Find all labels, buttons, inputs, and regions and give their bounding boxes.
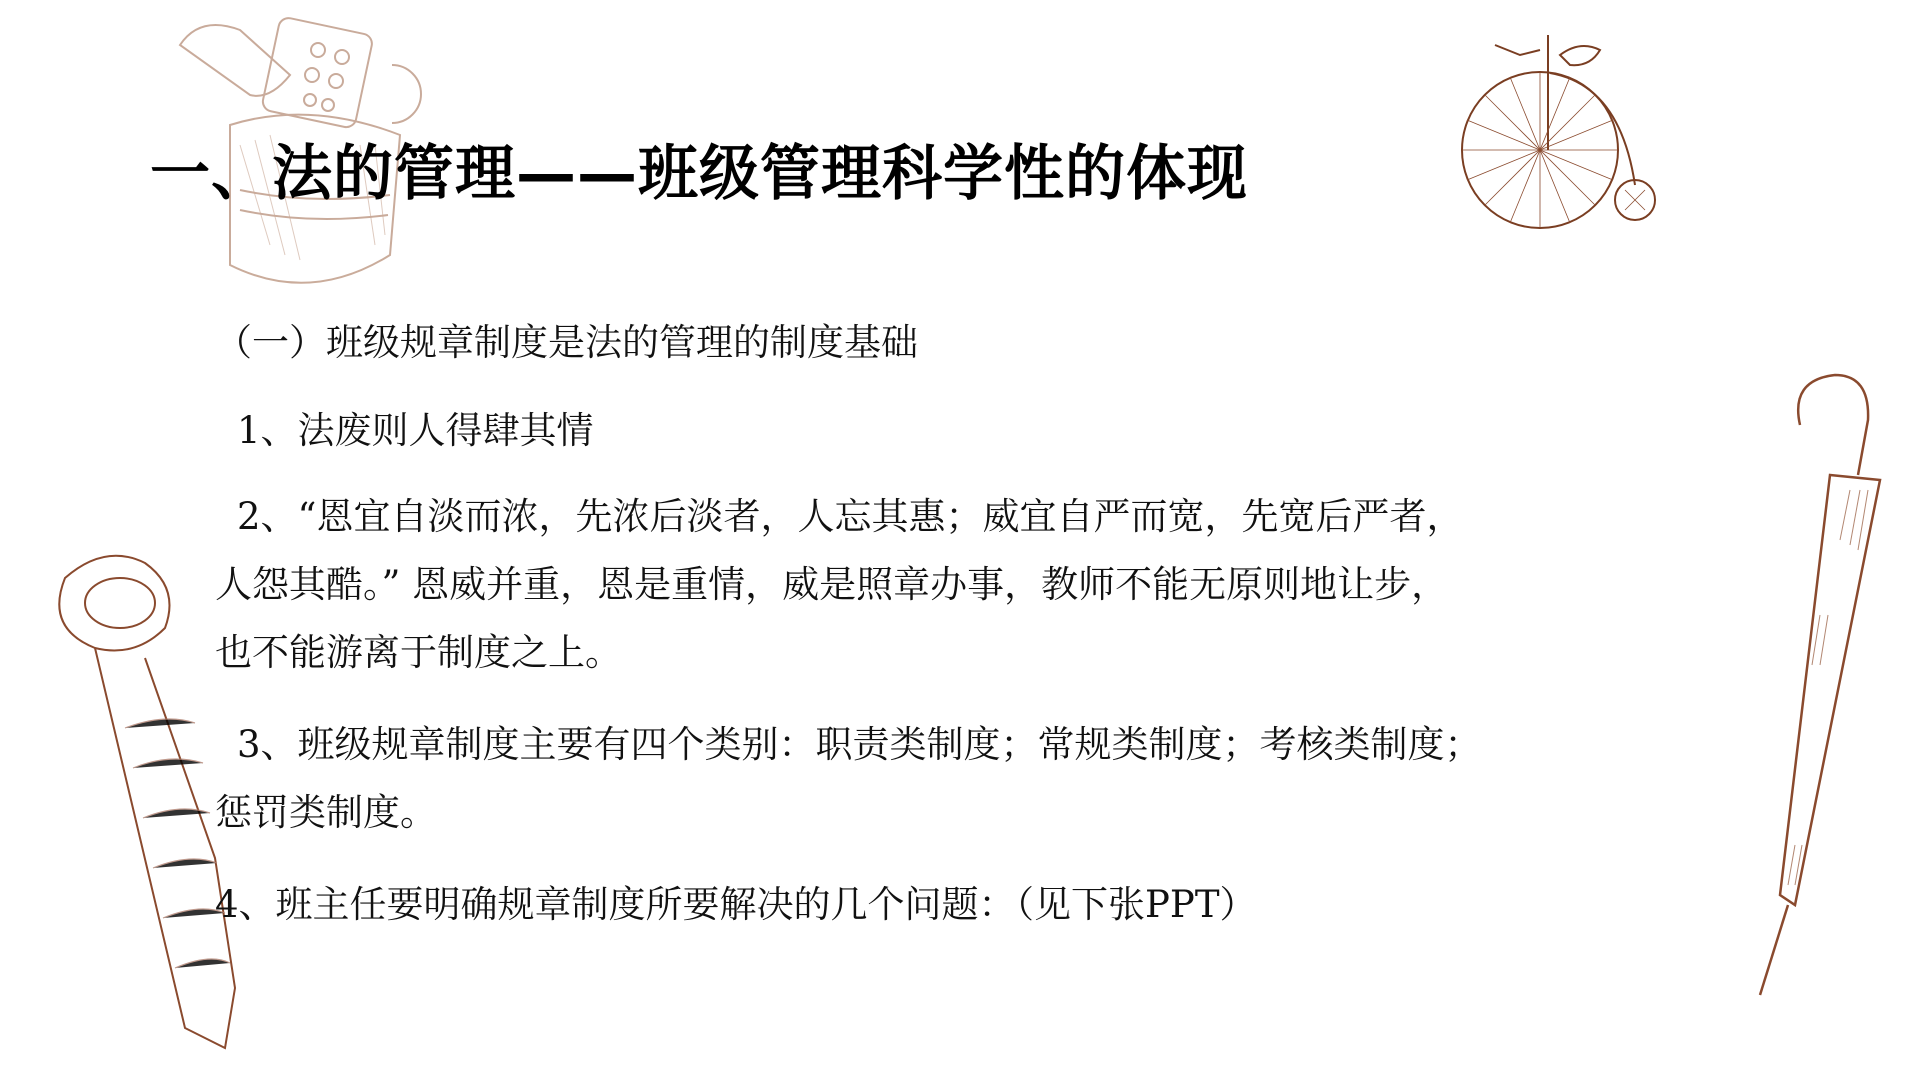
list-item-2-line-1: 2、“恩宜自淡而浓，先浓后淡者，人忘其惠；威宜自严而宽，先宽后严者， (237, 484, 1463, 550)
list-item-3-line-1: 3、班级规章制度主要有四个类别：职责类制度；常规类制度；考核类制度； (237, 712, 1482, 778)
list-item-4: 4、班主任要明确规章制度所要解决的几个问题：（见下张PPT） (215, 872, 1257, 938)
list-item-1: 1、法废则人得肆其情 (237, 398, 594, 464)
penny-farthing-bicycle-icon (1440, 25, 1670, 235)
list-item-2-line-3: 也不能游离于制度之上。 (215, 620, 622, 686)
list-item-3-line-2: 惩罚类制度。 (215, 780, 437, 846)
umbrella-illustration-icon (1740, 365, 1920, 1005)
list-item-2-line-2: 人怨其酷。” 恩威并重，恩是重情，威是照章办事，教师不能无原则地让步， (215, 552, 1448, 618)
slide-title: 一、法的管理——班级管理科学性的体现 (150, 126, 1248, 212)
subheading: （一）班级规章制度是法的管理的制度基础 (215, 310, 918, 376)
